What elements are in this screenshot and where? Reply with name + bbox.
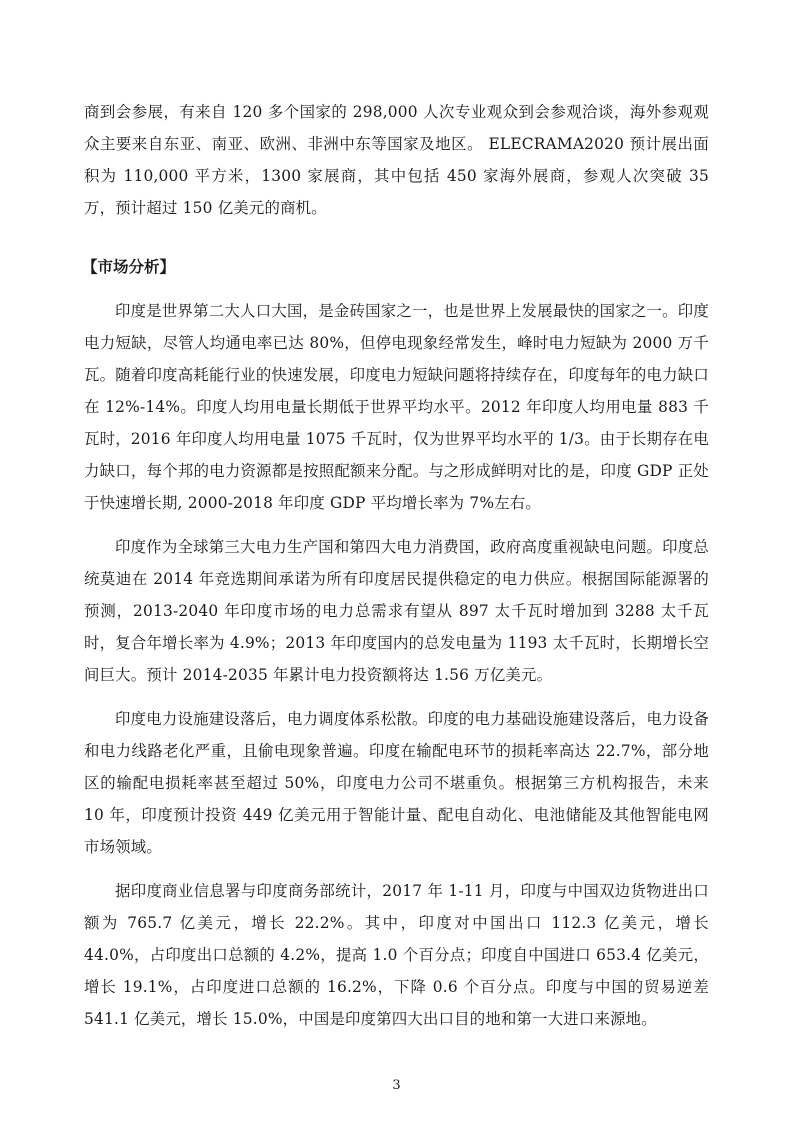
section-heading-market-analysis: 【市场分析】 xyxy=(82,251,709,283)
paragraph-infrastructure-losses: 印度电力设施建设落后，电力调度体系松散。印度的电力基础设施建设落后，电力设备和电… xyxy=(84,703,709,863)
paragraph-exhibition-continuation: 商到会参展，有来自 120 多个国家的 298,000 人次专业观众到会参观洽谈… xyxy=(84,96,709,224)
spacer xyxy=(84,224,709,251)
spacer xyxy=(84,519,709,531)
page-number: 3 xyxy=(0,1076,793,1096)
paragraph-population-power-shortage: 印度是世界第二大人口大国，是金砖国家之一，也是世界上发展最快的国家之一。印度电力… xyxy=(84,295,709,519)
spacer xyxy=(84,283,709,295)
spacer xyxy=(84,863,709,875)
spacer xyxy=(84,691,709,703)
document-page-body: 商到会参展，有来自 120 多个国家的 298,000 人次专业观众到会参观洽谈… xyxy=(84,96,709,1035)
paragraph-india-china-trade: 据印度商业信息署与印度商务部统计，2017 年 1-11 月，印度与中国双边货物… xyxy=(84,875,709,1035)
paragraph-power-producer-consumer: 印度作为全球第三大电力生产国和第四大电力消费国，政府高度重视缺电问题。印度总统莫… xyxy=(84,531,709,691)
